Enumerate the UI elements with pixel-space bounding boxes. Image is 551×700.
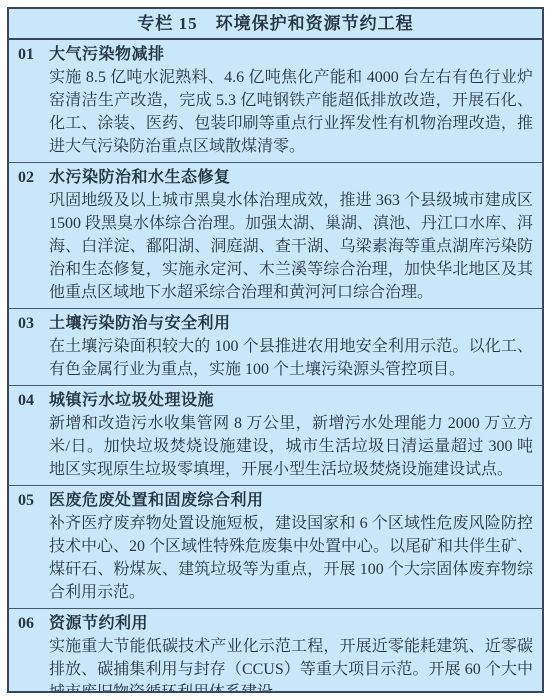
section-body: 补齐医疗废弃物处置设施短板，建设国家和 6 个区域性危废风险防控技术中心、20 … [49,512,533,604]
panel-column-15: 专栏 15 环境保护和资源节约工程 01 大气污染物减排 实施 8.5 亿吨水泥… [7,7,544,693]
section-header: 01 大气污染物减排 [18,43,533,66]
section-heading: 大气污染物减排 [49,43,533,66]
section-number: 03 [18,312,49,335]
section-body: 新增和改造污水收集管网 8 万公里，新增污水处理能力 2000 万立方米/日。加… [49,412,533,481]
panel-title: 专栏 15 环境保护和资源节约工程 [9,9,542,40]
section-body: 实施重大节能低碳技术产业化示范工程，开展近零能耗建筑、近零碳排放、碳捕集利用与封… [49,635,533,693]
section-heading: 医废危废处置和固废综合利用 [49,489,533,512]
section-body: 实施 8.5 亿吨水泥熟料、4.6 亿吨焦化产能和 4000 台左右有色行业炉窑… [49,66,533,158]
section-heading: 土壤污染防治与安全利用 [49,312,533,335]
section-heading: 城镇污水垃圾处理设施 [49,389,533,412]
section: 06 资源节约利用 实施重大节能低碳技术产业化示范工程，开展近零能耗建筑、近零碳… [9,609,542,693]
document-page: 专栏 15 环境保护和资源节约工程 01 大气污染物减排 实施 8.5 亿吨水泥… [0,0,551,700]
section-number: 04 [18,389,49,412]
section-header: 03 土壤污染防治与安全利用 [18,312,533,335]
sections-list: 01 大气污染物减排 实施 8.5 亿吨水泥熟料、4.6 亿吨焦化产能和 400… [9,40,542,693]
section: 05 医废危废处置和固废综合利用 补齐医疗废弃物处置设施短板，建设国家和 6 个… [9,486,542,609]
section-header: 05 医废危废处置和固废综合利用 [18,489,533,512]
section-number: 06 [18,612,49,635]
section-heading: 水污染防治和水生态修复 [49,166,533,189]
section-body: 在土壤污染面积较大的 100 个县推进农用地安全利用示范。以化工、有色金属行业为… [49,335,533,381]
section-header: 02 水污染防治和水生态修复 [18,166,533,189]
section-heading: 资源节约利用 [49,612,533,635]
section-header: 04 城镇污水垃圾处理设施 [18,389,533,412]
section-header: 06 资源节约利用 [18,612,533,635]
section-number: 05 [18,489,49,512]
section: 03 土壤污染防治与安全利用 在土壤污染面积较大的 100 个县推进农用地安全利… [9,309,542,386]
section-number: 02 [18,166,49,189]
section: 02 水污染防治和水生态修复 巩固地级及以上城市黑臭水体治理成效，推进 363 … [9,163,542,309]
section-body: 巩固地级及以上城市黑臭水体治理成效，推进 363 个县级城市建成区 1500 段… [49,189,533,304]
section: 01 大气污染物减排 实施 8.5 亿吨水泥熟料、4.6 亿吨焦化产能和 400… [9,40,542,163]
section-number: 01 [18,43,49,66]
section: 04 城镇污水垃圾处理设施 新增和改造污水收集管网 8 万公里，新增污水处理能力… [9,386,542,486]
